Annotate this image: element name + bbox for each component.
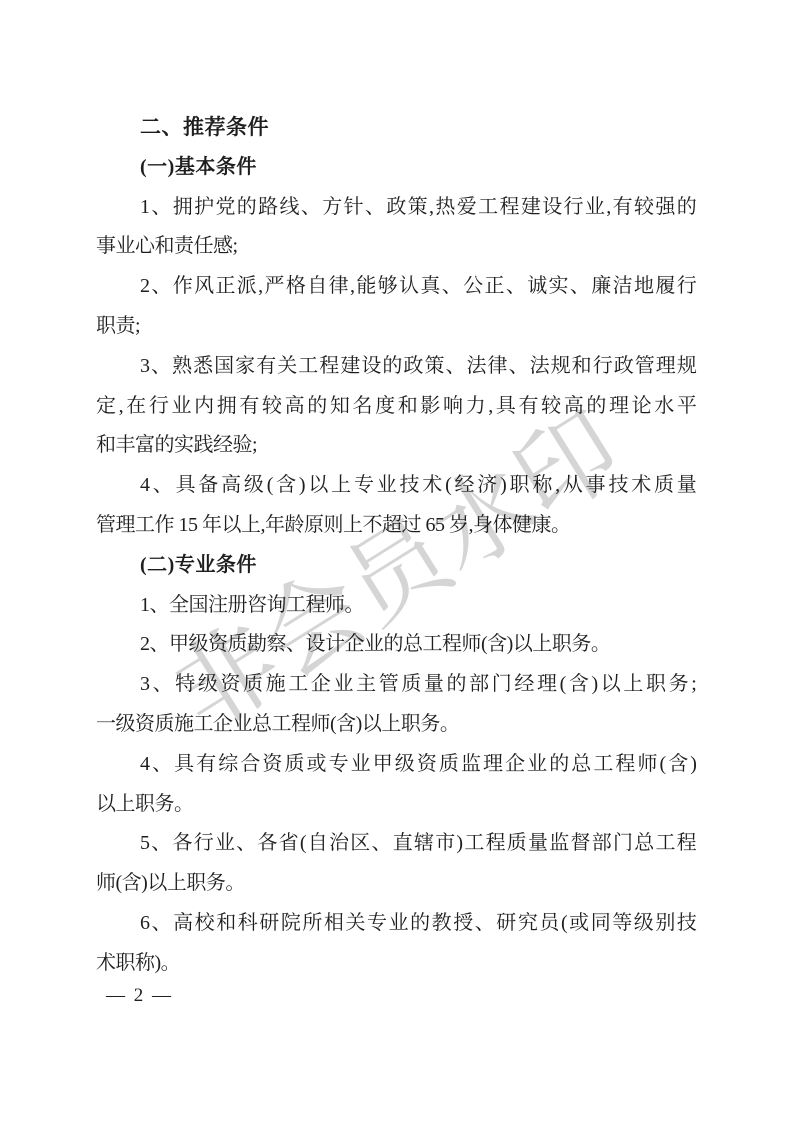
text-line: 5、各行业、各省(自治区、直辖市)工程质量监督部门总工程 — [96, 824, 697, 864]
text-line: 术职称)。 — [96, 944, 697, 984]
page-number: — 2 — — [106, 985, 173, 1007]
text-line: 职责; — [96, 307, 697, 347]
text-line: 以上职务。 — [96, 785, 697, 825]
text-line: 定,在行业内拥有较高的知名度和影响力,具有较高的理论水平 — [96, 387, 697, 427]
document-body: 二、推荐条件(一)基本条件1、拥护党的路线、方针、政策,热爱工程建设行业,有较强… — [96, 108, 697, 984]
text-line: 3、熟悉国家有关工程建设的政策、法律、法规和行政管理规 — [96, 347, 697, 387]
text-line: (二)专业条件 — [96, 546, 697, 586]
text-line: 3、特级资质施工企业主管质量的部门经理(含)以上职务; — [96, 665, 697, 705]
text-line: 2、作风正派,严格自律,能够认真、公正、诚实、廉洁地履行 — [96, 267, 697, 307]
document-page: 非会员水印 二、推荐条件(一)基本条件1、拥护党的路线、方针、政策,热爱工程建设… — [0, 0, 793, 1122]
text-line: 和丰富的实践经验; — [96, 426, 697, 466]
text-line: 管理工作 15 年以上,年龄原则上不超过 65 岁,身体健康。 — [96, 506, 697, 546]
text-line: 二、推荐条件 — [96, 108, 697, 148]
text-line: 6、高校和科研院所相关专业的教授、研究员(或同等级别技 — [96, 904, 697, 944]
text-line: 2、甲级资质勘察、设计企业的总工程师(含)以上职务。 — [96, 625, 697, 665]
text-line: 1、全国注册咨询工程师。 — [96, 586, 697, 626]
text-line: 一级资质施工企业总工程师(含)以上职务。 — [96, 705, 697, 745]
text-line: 1、拥护党的路线、方针、政策,热爱工程建设行业,有较强的 — [96, 188, 697, 228]
text-line: 4、具备高级(含)以上专业技术(经济)职称,从事技术质量 — [96, 466, 697, 506]
text-line: (一)基本条件 — [96, 148, 697, 188]
text-line: 事业心和责任感; — [96, 227, 697, 267]
text-line: 师(含)以上职务。 — [96, 864, 697, 904]
text-line: 4、具有综合资质或专业甲级资质监理企业的总工程师(含) — [96, 745, 697, 785]
